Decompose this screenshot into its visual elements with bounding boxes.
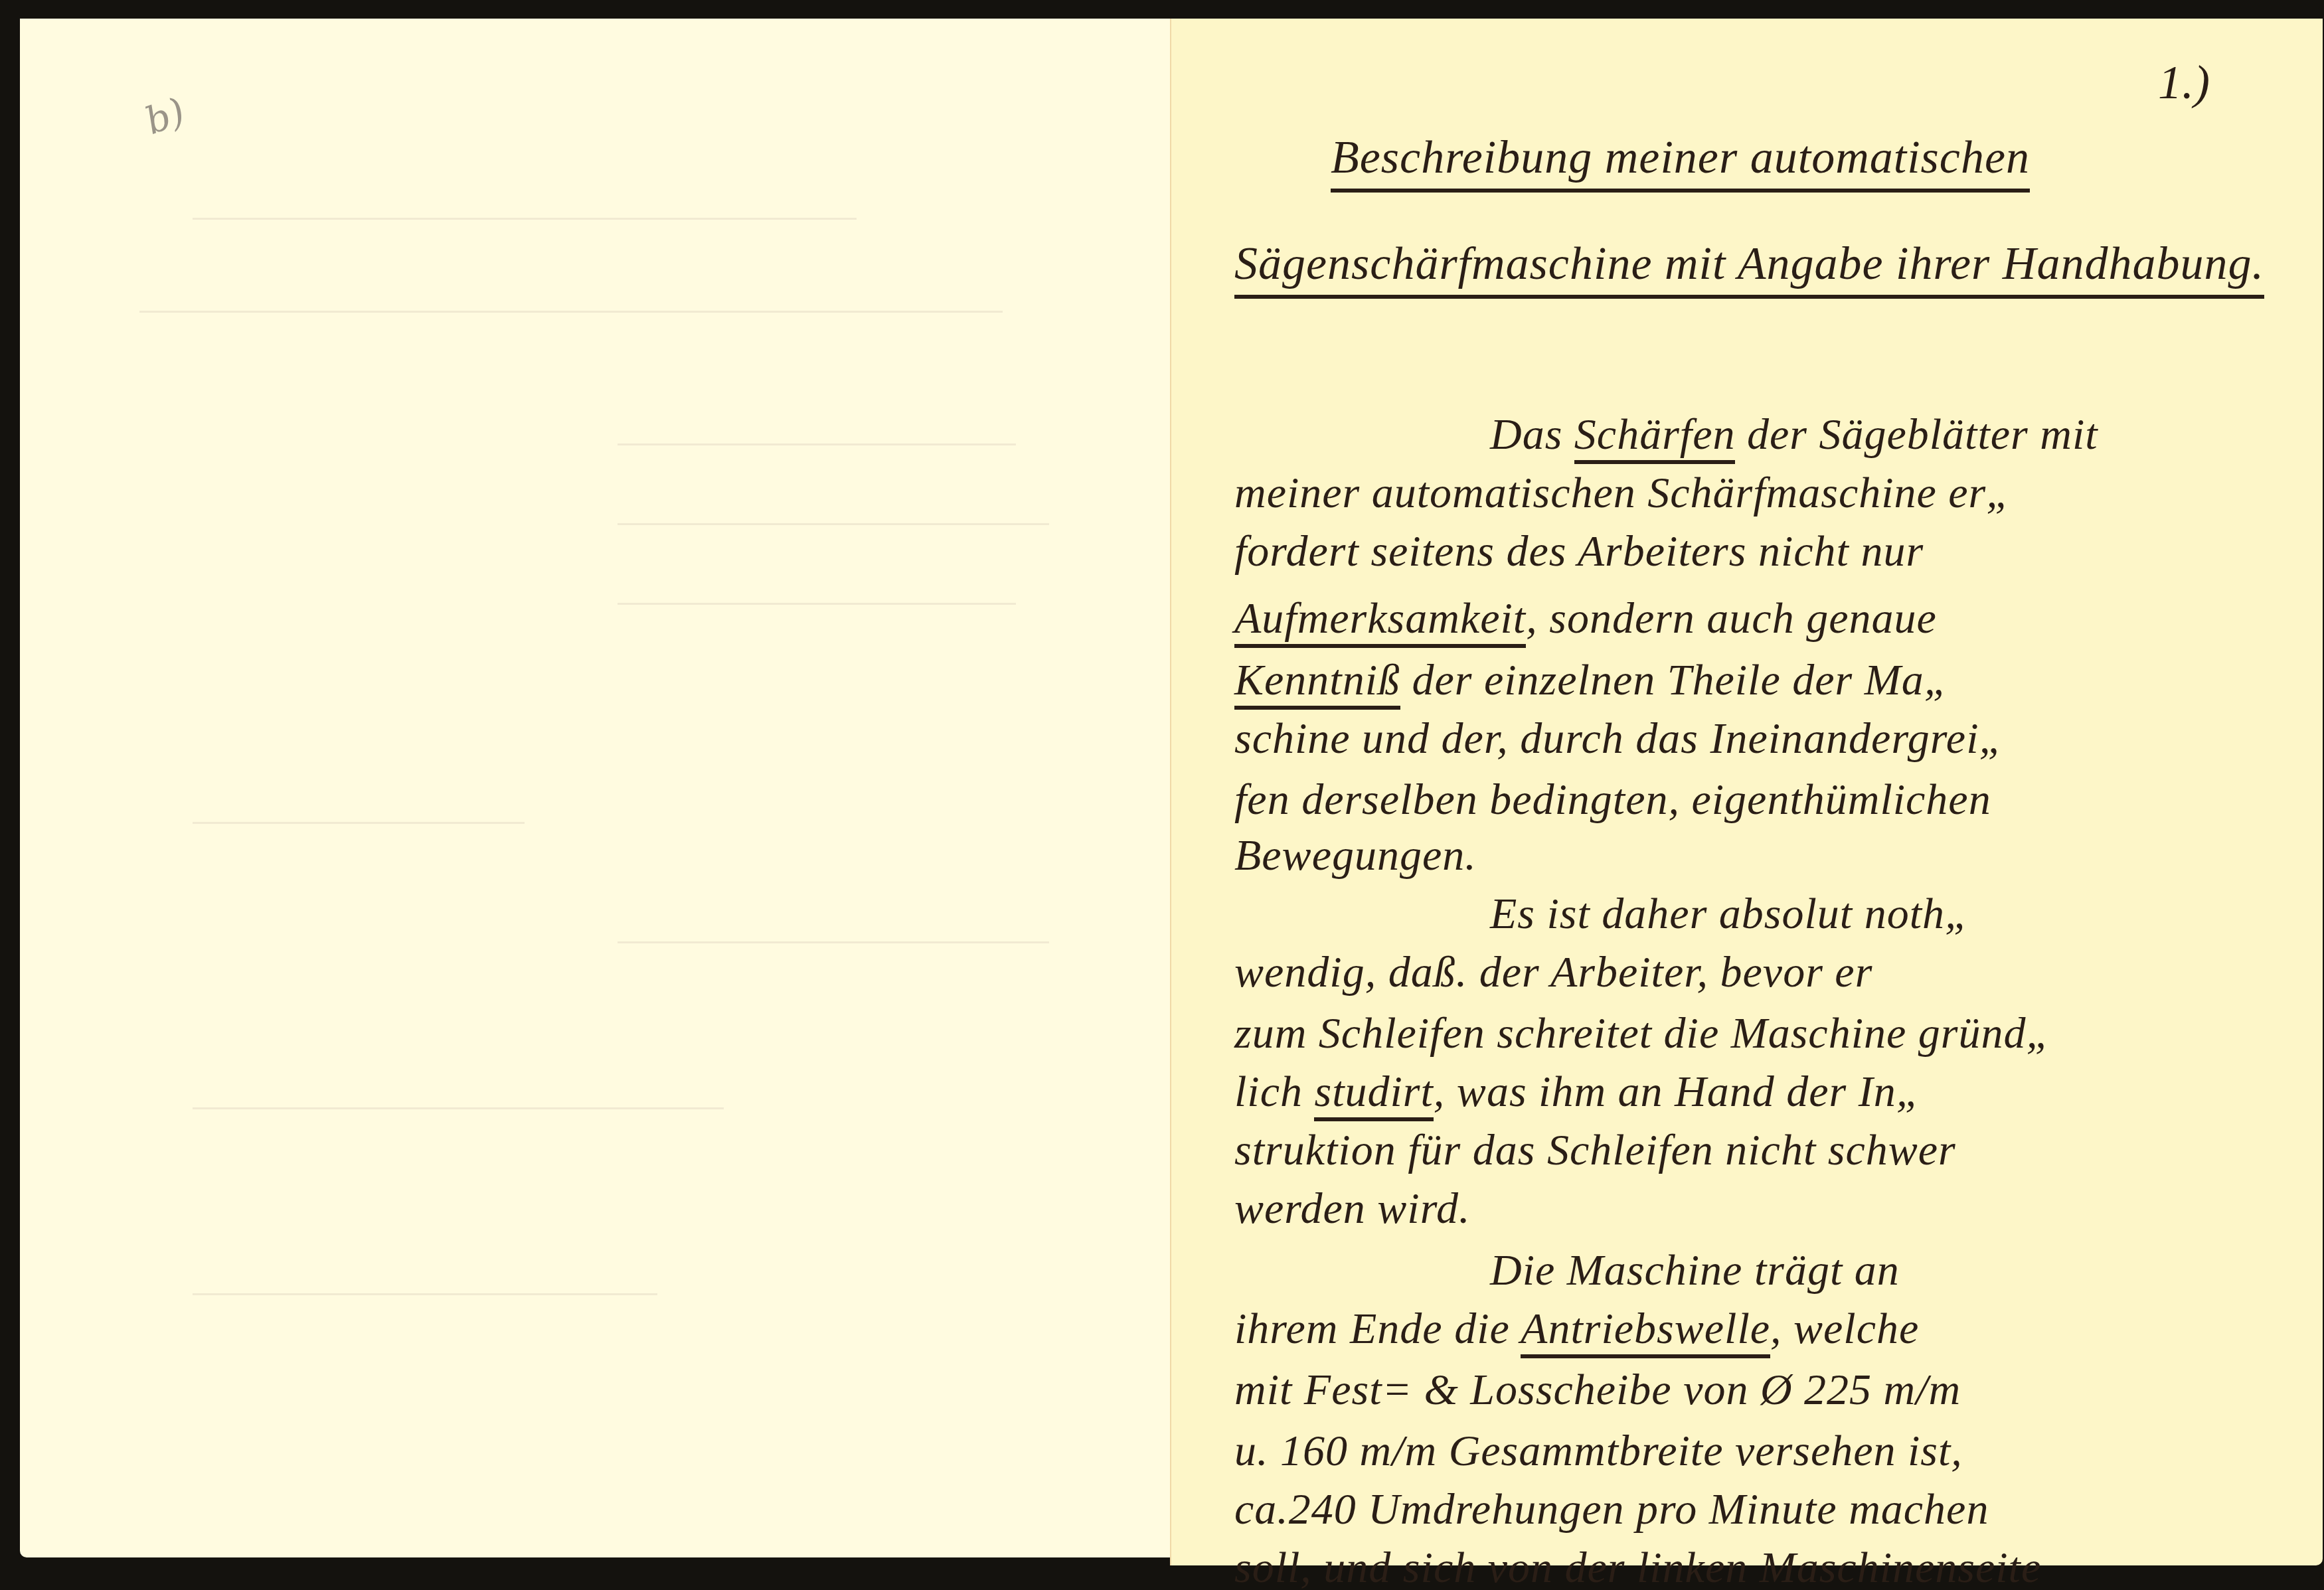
line-text: ca.240 Umdrehungen pro Minute machen [1234,1485,1989,1534]
line-text: , sondern auch genaue [1526,594,1937,643]
manuscript-line: lich studirt, was ihm an Hand der In„ [1234,1067,1921,1117]
manuscript-line: soll, und sich von der linken Maschinens… [1234,1543,2041,1590]
line-text: mit Fest= & Losscheibe von Ø 225 m/m [1234,1366,1961,1414]
bleed-through-line [193,1107,724,1109]
line-text: lich [1234,1068,1314,1116]
line-text: Bewegungen. [1234,831,1477,880]
underlined-word: Antriebswelle [1521,1305,1770,1358]
manuscript-line: mit Fest= & Losscheibe von Ø 225 m/m [1234,1365,1961,1415]
line-text: , was ihm an Hand der In„ [1434,1068,1922,1116]
underlined-word: Kenntniß [1234,656,1400,710]
line-text: Das [1490,410,1574,459]
line-text: der Sägeblätter mit [1735,410,2098,459]
manuscript-line: schine und der, durch das Ineinandergrei… [1234,714,2004,764]
bleed-through-line [618,603,1016,605]
line-text: ihrem Ende die [1234,1305,1521,1353]
manuscript-line: ihrem Ende die Antriebswelle, welche [1234,1304,1919,1354]
manuscript-line: zum Schleifen schreitet die Maschine grü… [1234,1008,2051,1059]
bleed-through-line [193,1293,657,1295]
bleed-through-line [193,822,525,824]
pencil-annotation: b) [140,90,191,143]
bleed-through-line [618,523,1049,525]
underlined-word: Aufmerksamkeit [1234,594,1526,648]
left-page: b) [20,19,1170,1557]
manuscript-line: werden wird. [1234,1184,1470,1234]
line-text: wendig, daß. der Arbeiter, bevor er [1234,948,1872,996]
line-text: soll, und sich von der linken Maschinens… [1234,1544,2041,1590]
page-number: 1.) [2158,55,2210,110]
manuscript-line: u. 160 m/m Gesammtbreite versehen ist, [1234,1426,1963,1476]
manuscript-line: Aufmerksamkeit, sondern auch genaue [1234,594,1937,644]
manuscript-line: Bewegungen. [1234,831,1477,881]
line-text: fordert seitens des Arbeiters nicht nur [1234,527,1924,576]
line-text: u. 160 m/m Gesammtbreite versehen ist, [1234,1427,1963,1475]
manuscript-line: wendig, daß. der Arbeiter, bevor er [1234,947,1872,998]
bleed-through-line [618,941,1049,943]
line-text: meiner automatischen Schärfmaschine er„ [1234,469,2011,517]
bleed-through-line [193,218,857,220]
manuscript-line: ca.240 Umdrehungen pro Minute machen [1234,1484,1989,1535]
manuscript-line: fen derselben bedingten, eigenthümlichen [1234,775,1991,825]
manuscript-line: struktion für das Schleifen nicht schwer [1234,1125,1956,1176]
line-text: schine und der, durch das Ineinandergrei… [1234,714,2004,763]
bleed-through-line [139,311,1003,313]
line-text: , welche [1770,1305,1919,1353]
line-text: struktion für das Schleifen nicht schwer [1234,1126,1956,1174]
manuscript-line: Das Schärfen der Sägeblätter mit [1490,410,2098,460]
underlined-word: studirt [1314,1068,1433,1121]
document-title-line-1: Beschreibung meiner automatischen [1331,131,2030,193]
bleed-through-line [618,443,1016,445]
line-text: zum Schleifen schreitet die Maschine grü… [1234,1009,2051,1058]
manuscript-line: fordert seitens des Arbeiters nicht nur [1234,526,1924,577]
underlined-word: Schärfen [1574,410,1736,464]
manuscript-line: Es ist daher absolut noth„ [1490,889,1970,939]
manuscript-line: meiner automatischen Schärfmaschine er„ [1234,468,2011,518]
right-page: 1.) Beschreibung meiner automatischen Sä… [1170,19,2323,1565]
manuscript-line: Kenntniß der einzelnen Theile der Ma„ [1234,655,1949,706]
line-text: Die Maschine trägt an [1490,1246,1900,1295]
document-title-line-2: Sägenschärfmaschine mit Angabe ihrer Han… [1234,238,2264,299]
line-text: der einzelnen Theile der Ma„ [1400,656,1949,704]
line-text: Es ist daher absolut noth„ [1490,890,1970,938]
line-text: fen derselben bedingten, eigenthümlichen [1234,775,1991,824]
manuscript-line: Die Maschine trägt an [1490,1245,1900,1296]
line-text: werden wird. [1234,1184,1470,1233]
